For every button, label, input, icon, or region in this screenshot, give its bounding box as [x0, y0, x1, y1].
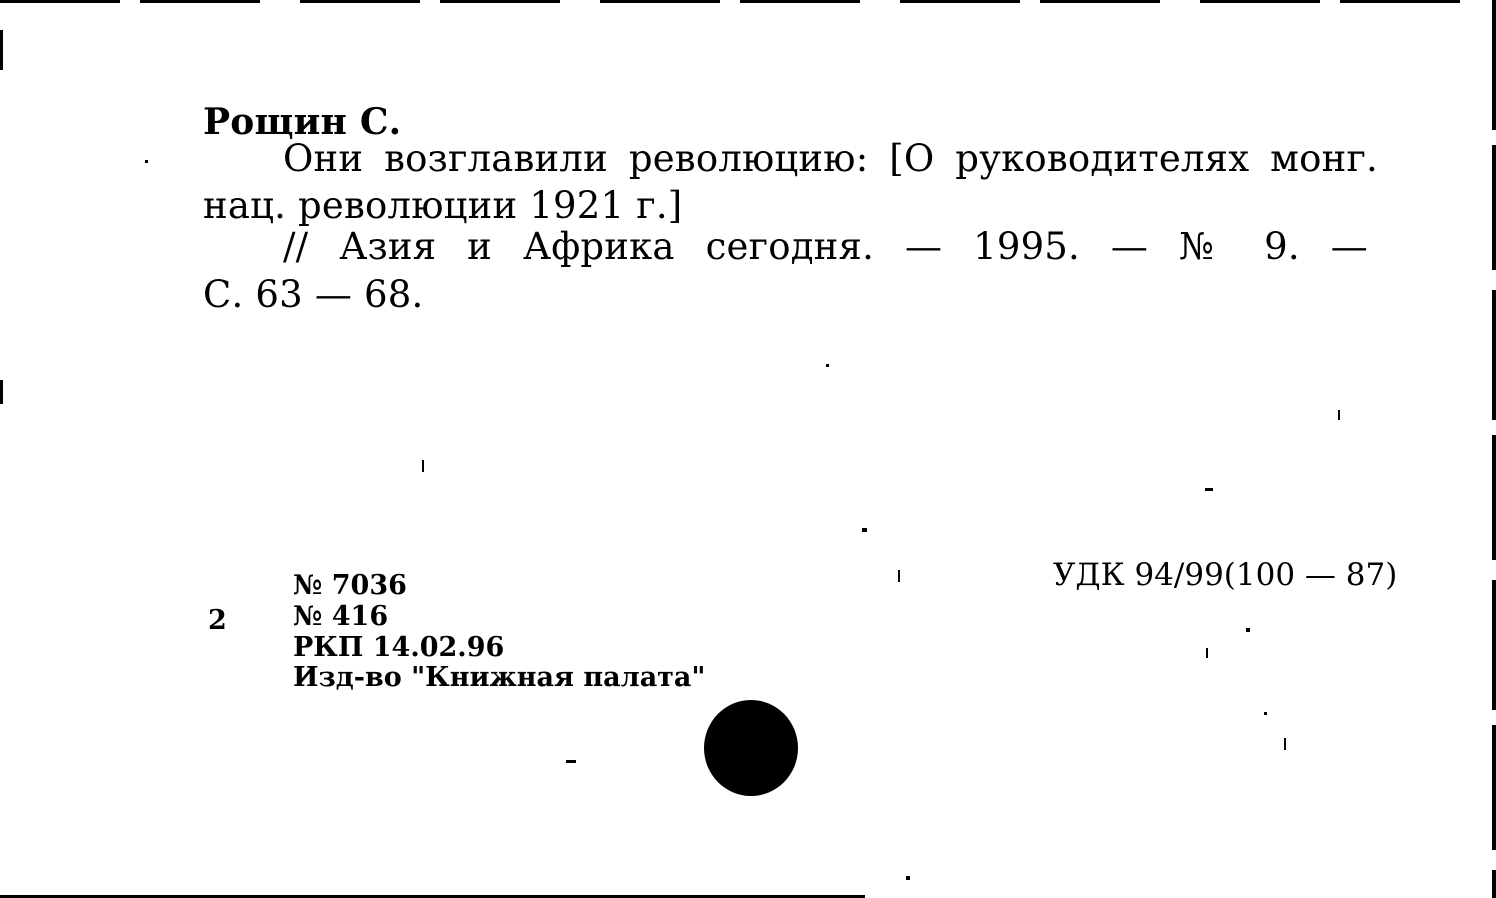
punch-hole [704, 700, 798, 796]
catalog-card: Рощин С. Они возглавили революцию: [О ру… [0, 0, 1496, 898]
scan-speck [898, 570, 900, 582]
scan-speck [862, 528, 867, 532]
udc-code: УДК 94/99(100 — 87) [1053, 560, 1397, 591]
registry-number: № 7036 [293, 572, 407, 599]
author-heading: Рощин С. [203, 104, 401, 140]
scan-border-top [0, 0, 1496, 3]
title-line-1: Они возглавили революцию: [О руководител… [283, 140, 1378, 177]
publisher: Изд-во "Книжная палата" [293, 664, 705, 691]
source-line-2: С. 63 — 68. [203, 276, 423, 313]
source-line-1: // Азия и Африка сегодня. — 1995. — № 9.… [283, 228, 1368, 265]
scan-speck [1246, 628, 1250, 632]
scan-speck [145, 160, 148, 163]
copies-count: 2 [208, 607, 227, 634]
scan-speck [826, 364, 829, 367]
scan-speck [1338, 410, 1340, 420]
scan-speck [422, 460, 424, 472]
registry-number: № 416 [293, 603, 388, 630]
scan-speck [1206, 648, 1208, 658]
registry-date: РКП 14.02.96 [293, 634, 504, 661]
scan-border-right [1492, 0, 1496, 898]
scan-border-left [0, 30, 3, 70]
scan-border-left [0, 380, 3, 404]
scan-speck [1205, 488, 1213, 491]
scan-speck [566, 760, 576, 763]
scan-speck [906, 876, 910, 880]
scan-speck [1284, 738, 1286, 750]
scan-speck [1264, 712, 1267, 715]
title-line-2: нац. революции 1921 г.] [203, 187, 682, 224]
